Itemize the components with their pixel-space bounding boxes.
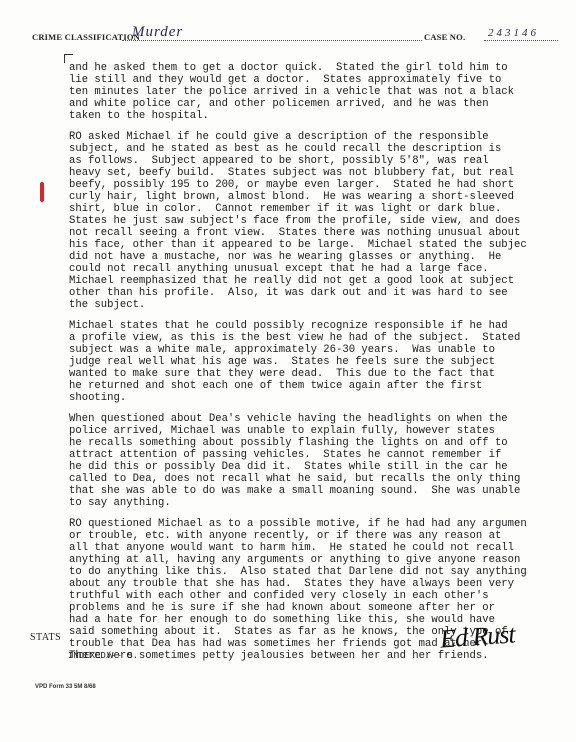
text-line: RO asked Michael if he could give a desc… (69, 131, 574, 143)
text-line: judge real well what his age was. States… (69, 356, 574, 368)
text-line: lie still and they would get a doctor. S… (69, 74, 574, 86)
officer-signature: Ed Rust (439, 619, 516, 654)
red-margin-highlight (40, 182, 44, 202)
text-line: curly hair, light brown, almost blond. H… (69, 191, 574, 203)
text-line: attract attention of passing vehicles. S… (69, 449, 574, 461)
text-line: called to Dea, does not recall what he s… (69, 473, 574, 485)
text-line: problems and he is sure if she had known… (69, 602, 574, 614)
report-paragraph: Michael states that he could possibly re… (69, 320, 574, 404)
case-no-line (484, 40, 558, 41)
text-line: his face, other than it appeared to be l… (69, 239, 574, 251)
text-line: States he just saw subject's face from t… (69, 215, 574, 227)
text-line: shooting. (69, 392, 574, 404)
text-line: did not have a mustache, nor was he wear… (69, 251, 574, 263)
text-line: beefy, possibly 195 to 200, or maybe eve… (69, 179, 574, 191)
text-line: to say anything. (69, 497, 574, 509)
text-line: heavy set, beefy build. States subject w… (69, 167, 574, 179)
text-line: ten minutes later the police arrived in … (69, 86, 574, 98)
text-line: taken to the hospital. (69, 110, 574, 122)
text-line: subject was a white male, approximately … (69, 344, 574, 356)
text-line: There were sometimes petty jealousies be… (69, 650, 574, 662)
report-paragraph: When questioned about Dea's vehicle havi… (69, 413, 574, 509)
indexed-stamp: INDEXED/-- S. (68, 651, 138, 661)
text-line: shirt, blue in color. Cannot remember if… (69, 203, 574, 215)
text-line: Michael states that he could possibly re… (69, 320, 574, 332)
text-line: RO questioned Michael as to a possible m… (69, 518, 574, 530)
text-line: wanted to make sure that they were dead.… (69, 368, 574, 380)
text-line: he returned and shot each one of them tw… (69, 380, 574, 392)
report-body: and he asked them to get a doctor quick.… (69, 62, 574, 671)
text-line: about any trouble that she has had. Stat… (69, 578, 574, 590)
text-line: all that anyone would want to harm him. … (69, 542, 574, 554)
form-header: CRIME CLASSIFICATION Murder CASE NO. 243… (32, 28, 562, 44)
text-line: that she was able to do was make a small… (69, 485, 574, 497)
text-line: police arrived, Michael was unable to ex… (69, 425, 574, 437)
text-line: the subject. (69, 299, 574, 311)
text-line: to do anything like this. Also stated th… (69, 566, 574, 578)
text-line: Michael reemphasized that he really did … (69, 275, 574, 287)
document-page: CRIME CLASSIFICATION Murder CASE NO. 243… (0, 0, 576, 742)
text-line: as follows. Subject appeared to be short… (69, 155, 574, 167)
report-paragraph: and he asked them to get a doctor quick.… (69, 62, 574, 122)
text-line: subject, and he stated as best as he cou… (69, 143, 574, 155)
form-footer: VPD Form 33 5M 8/68 (35, 684, 96, 690)
text-line: When questioned about Dea's vehicle havi… (69, 413, 574, 425)
report-paragraph: RO asked Michael if he could give a desc… (69, 131, 574, 311)
text-line: truthful with each other and confided ve… (69, 590, 574, 602)
text-line: anything at all, having any arguments or… (69, 554, 574, 566)
text-line: could not recall anything unusual except… (69, 263, 574, 275)
case-no-value: 243146 (488, 27, 539, 39)
text-line: not recall seeing a front view. States t… (69, 227, 574, 239)
text-line: or trouble, etc. with anyone recently, o… (69, 530, 574, 542)
text-line: other than his profile. Also, it was dar… (69, 287, 574, 299)
text-line: a profile view, as this is the best view… (69, 332, 574, 344)
stats-margin-note: STATS (30, 632, 61, 643)
case-no-label: CASE NO. (424, 32, 465, 42)
text-line: and he asked them to get a doctor quick.… (69, 62, 574, 74)
text-line: he recalls something about possibly flas… (69, 437, 574, 449)
text-line: and white police car, and other policeme… (69, 98, 574, 110)
text-line: he did this or possibly Dea did it. Stat… (69, 461, 574, 473)
crime-classification-value: Murder (132, 24, 183, 41)
